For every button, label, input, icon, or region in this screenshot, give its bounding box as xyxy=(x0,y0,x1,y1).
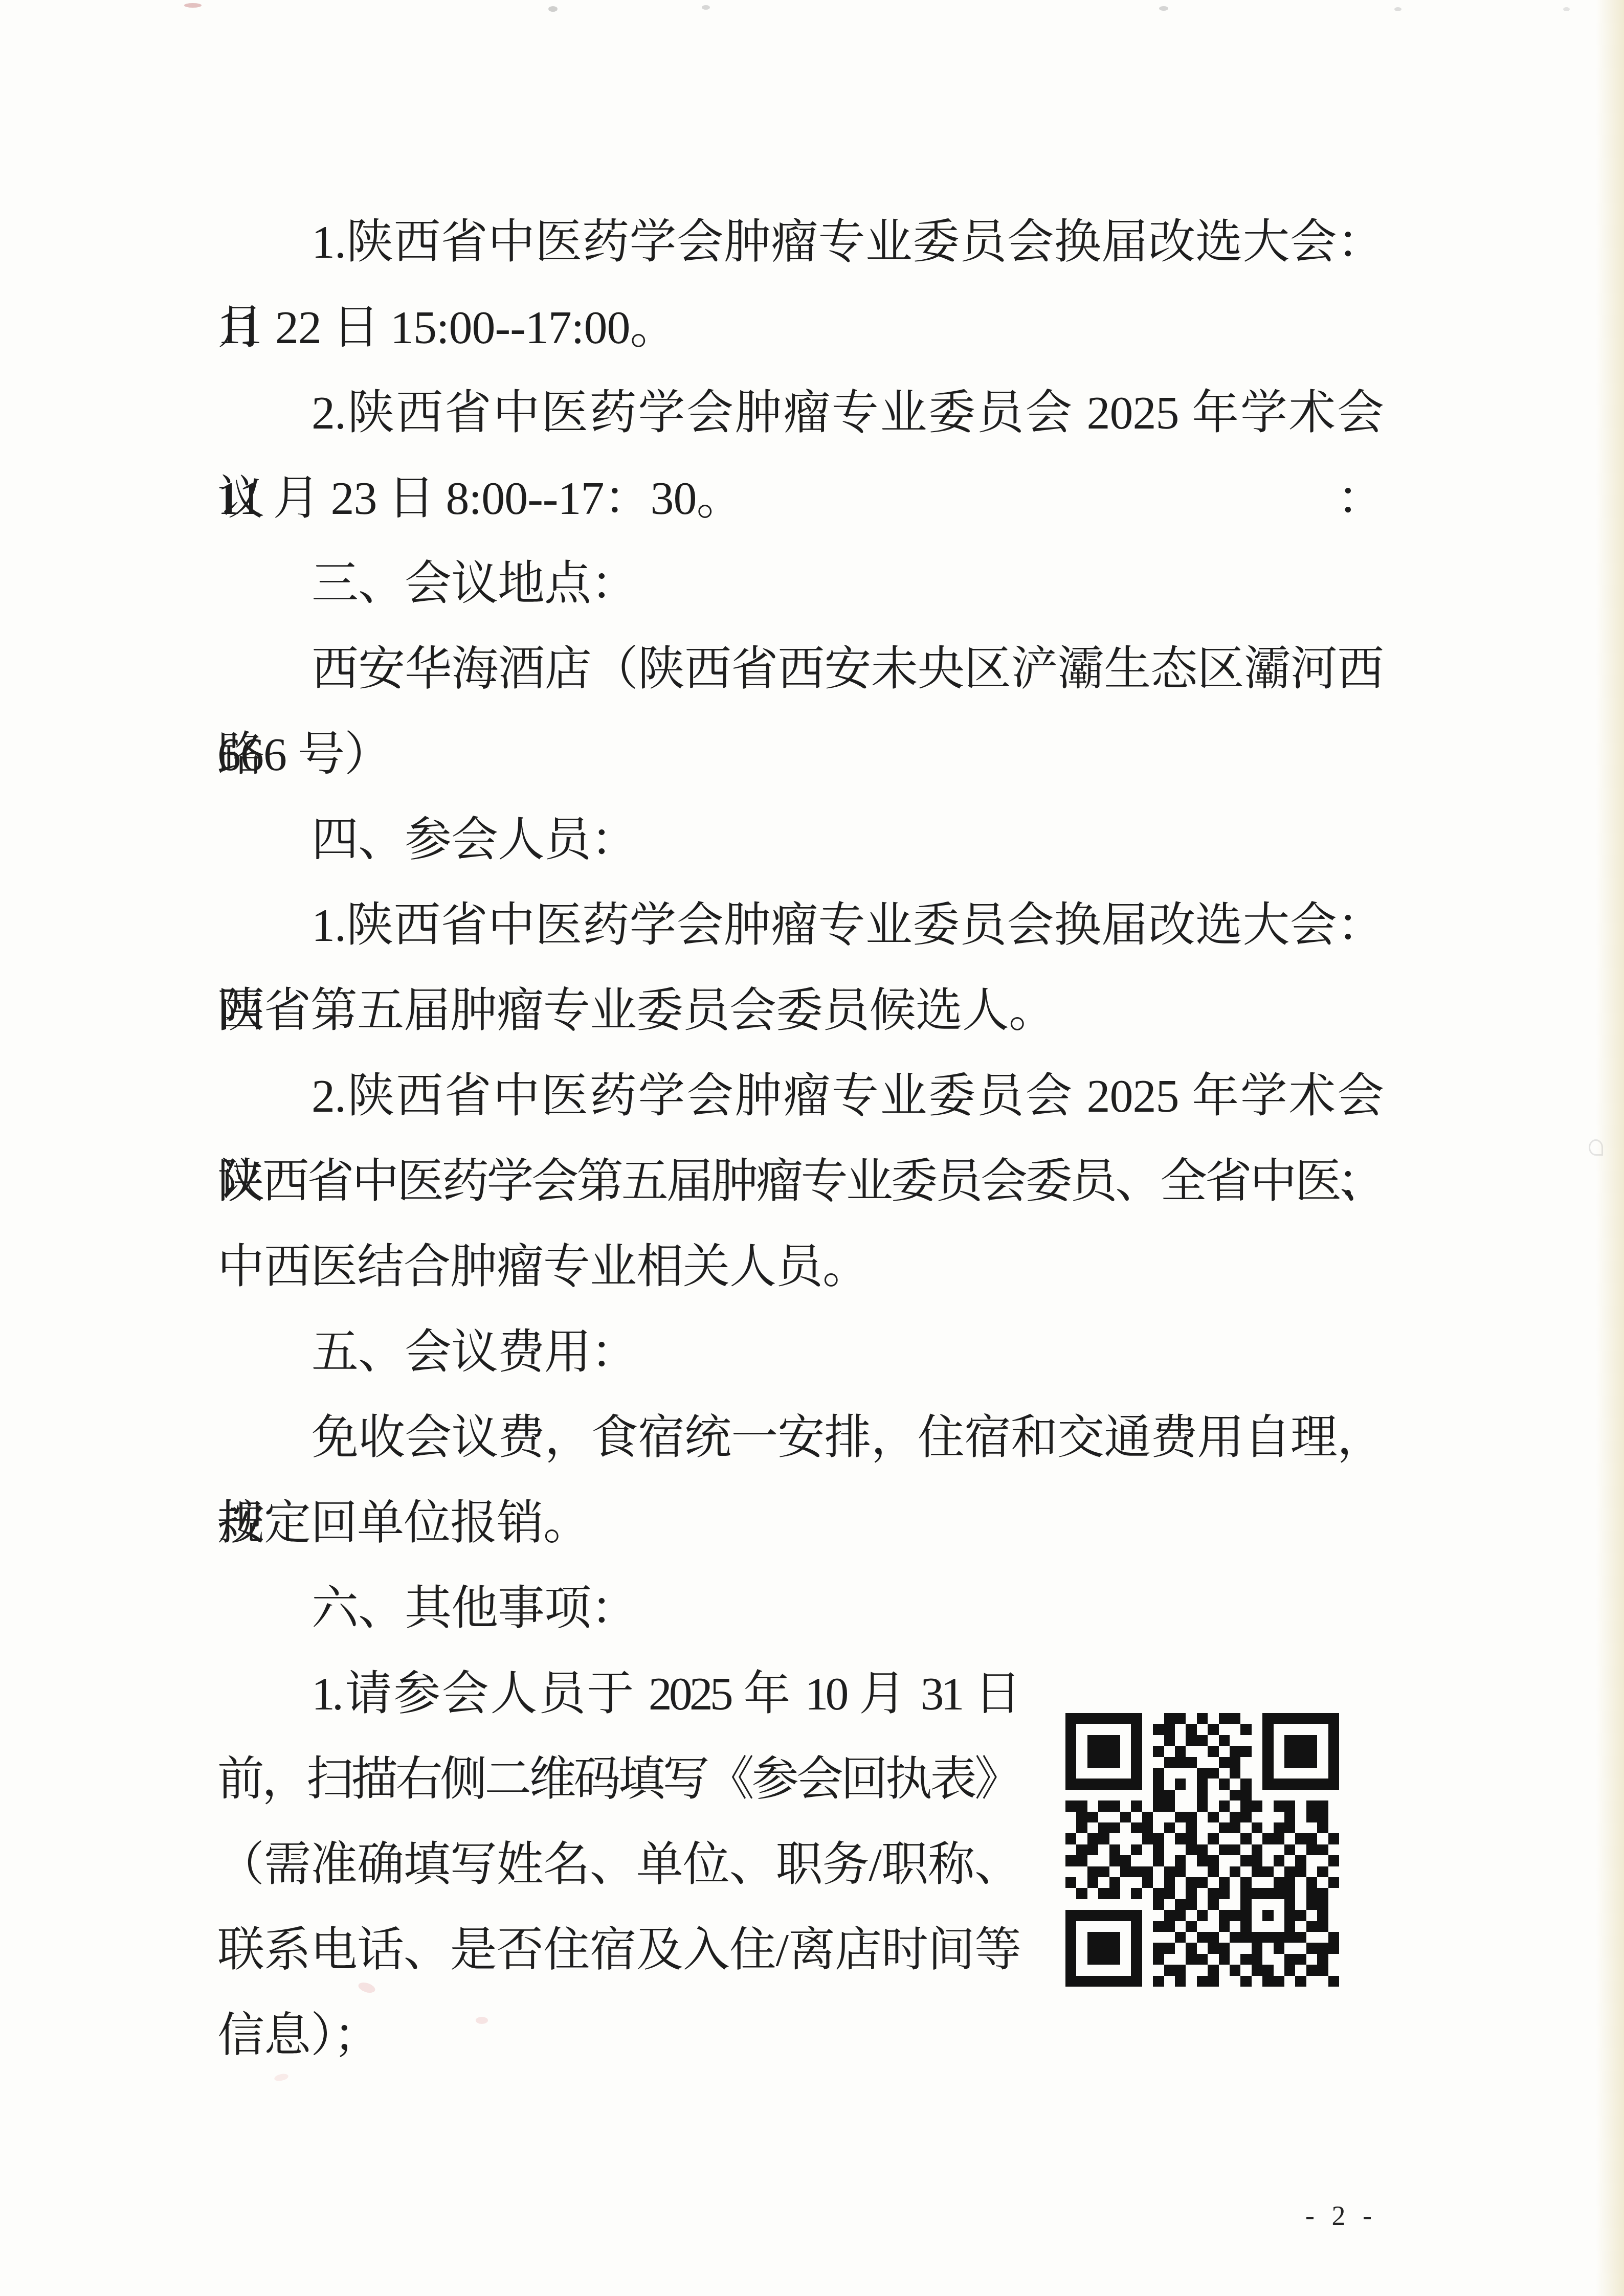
text-line: 月 22 日 15:00--17:00。 xyxy=(217,285,1384,370)
document-page: 1.陕西省中医药学会肿瘤专业委员会换届改选大会：11 月 22 日 15:00-… xyxy=(0,0,1624,2296)
section-heading: 五、会议费用： xyxy=(217,1310,1384,1395)
text-line: 联系电话、是否住宿及入住/离店时间等 xyxy=(217,1907,1018,1993)
text-line: 西省第五届肿瘤专业委员会委员候选人。 xyxy=(217,968,1384,1053)
text-line: 1.陕西省中医药学会肿瘤专业委员会换届改选大会：陕 xyxy=(217,883,1384,968)
text-line: 前，扫描右侧二维码填写《参会回执表》 xyxy=(217,1737,1018,1822)
page-number: - 2 - xyxy=(1305,2200,1377,2232)
scan-speck xyxy=(1394,7,1401,11)
text-line: 1.陕西省中医药学会肿瘤专业委员会换届改选大会：11 xyxy=(217,199,1384,285)
scan-speck xyxy=(184,3,202,8)
section-heading: 四、参会人员： xyxy=(217,797,1384,883)
text-line: 1.请参会人员于 2025 年 10 月 31 日 xyxy=(217,1651,1018,1737)
text-line: 2.陕西省中医药学会肿瘤专业委员会 2025 年学术会议： xyxy=(217,1053,1384,1139)
text-line: 规定回单位报销。 xyxy=(217,1480,1384,1566)
text-line: （需准确填写姓名、单位、职务/职称、 xyxy=(217,1822,1018,1907)
text-line: 666 号） xyxy=(217,712,1384,797)
text-line: 免收会议费，食宿统一安排，住宿和交通费用自理，按 xyxy=(217,1395,1384,1480)
text-line: 西安华海酒店（陕西省西安未央区浐灞生态区灞河西路 xyxy=(217,626,1384,712)
section-heading: 六、其他事项： xyxy=(217,1566,1384,1651)
text-line: 2.陕西省中医药学会肿瘤专业委员会 2025 年学术会议： xyxy=(217,370,1384,456)
registration-qr-code xyxy=(1065,1713,1339,1987)
text-line: 陕西省中医药学会第五届肿瘤专业委员会委员、全省中医、 xyxy=(217,1139,1384,1224)
text-line: 中西医结合肿瘤专业相关人员。 xyxy=(217,1224,1384,1310)
scan-speck xyxy=(1589,1139,1603,1156)
text-line: 信息）； xyxy=(217,1993,1384,2078)
scan-speck xyxy=(702,5,710,10)
scan-speck xyxy=(1563,7,1570,11)
section-heading: 三、会议地点： xyxy=(217,541,1384,626)
scan-speck xyxy=(548,6,558,12)
scan-speck xyxy=(1159,6,1168,11)
